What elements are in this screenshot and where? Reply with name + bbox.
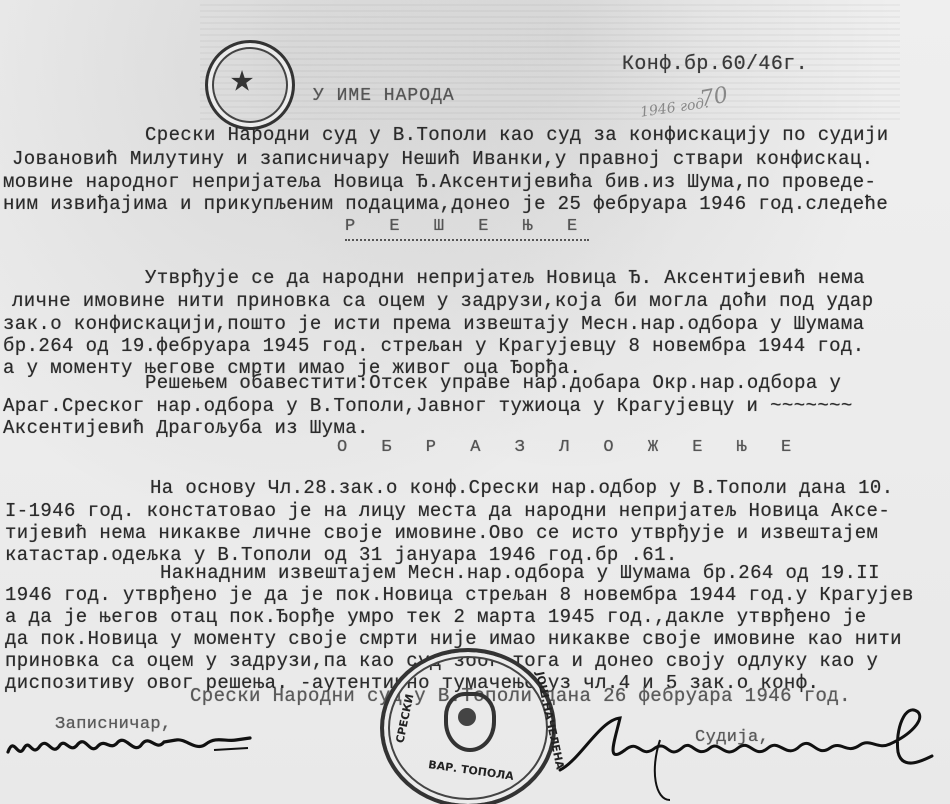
document-page: ★ Конф.бр.60/46г. 70 1946 год. У ИМЕ НАР… — [0, 0, 950, 804]
